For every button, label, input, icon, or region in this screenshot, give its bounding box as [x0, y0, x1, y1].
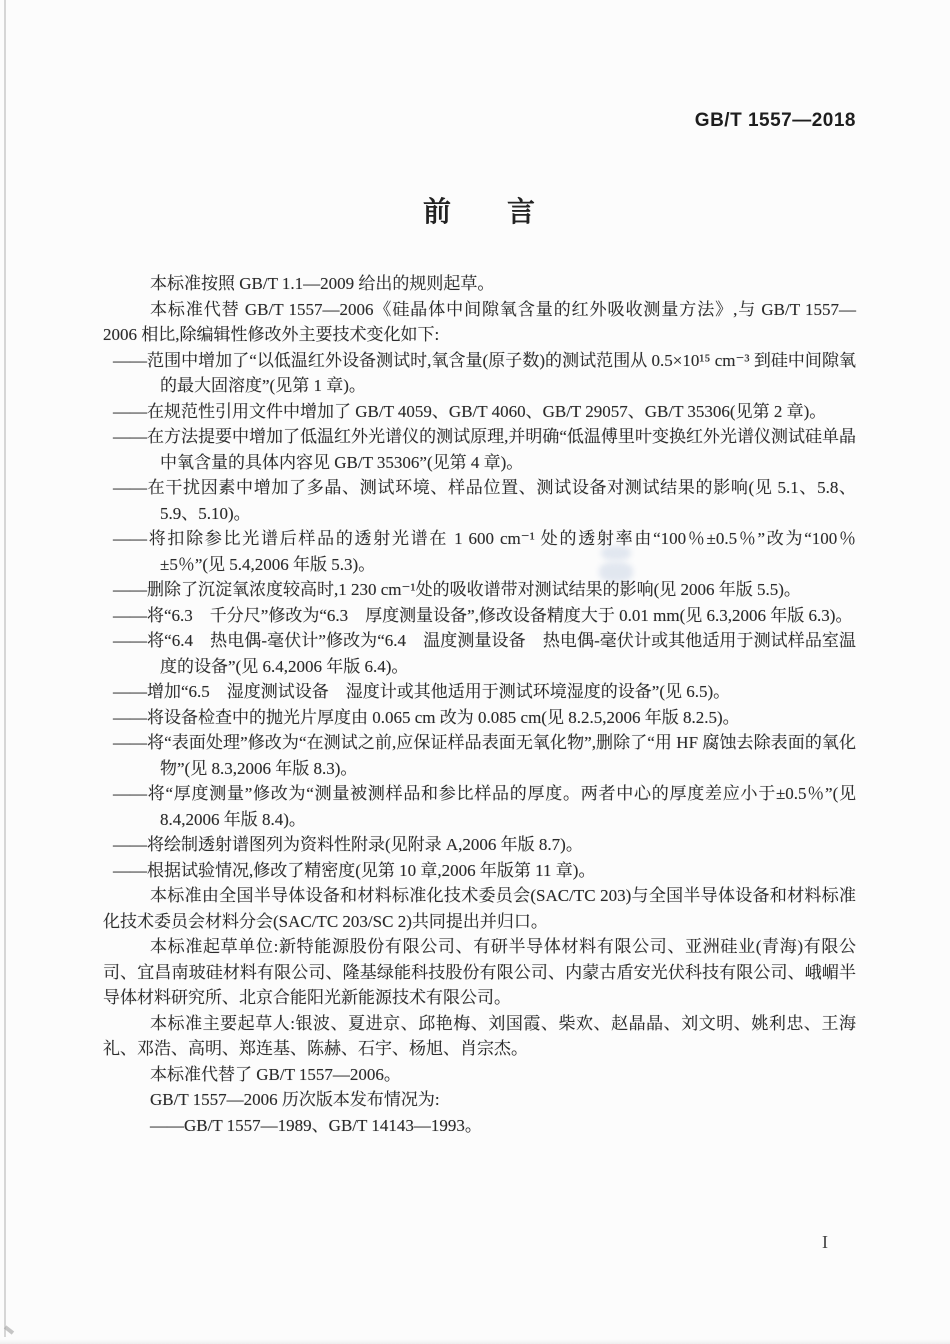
- foreword-paragraph: ——将“6.4 热电偶-毫伏计”修改为“6.4 温度测量设备 热电偶-毫伏计或其…: [103, 628, 856, 679]
- document-page: GB/T 1557—2018 前 言 本标准按照 GB/T 1.1—2009 给…: [0, 0, 950, 1344]
- foreword-paragraph: ——将绘制透射谱图列为资料性附录(见附录 A,2006 年版 8.7)。: [103, 832, 856, 858]
- foreword-paragraph: ——将“6.3 千分尺”修改为“6.3 厚度测量设备”,修改设备精度大于 0.0…: [103, 603, 856, 629]
- foreword-paragraph: 本标准由全国半导体设备和材料标准化技术委员会(SAC/TC 203)与全国半导体…: [103, 883, 856, 934]
- foreword-paragraph: 本标准起草单位:新特能源股份有限公司、有研半导体材料有限公司、亚洲硅业(青海)有…: [103, 934, 856, 1011]
- foreword-paragraph: GB/T 1557—2006 历次版本发布情况为:: [103, 1087, 856, 1113]
- foreword-paragraph: ——在方法提要中增加了低温红外光谱仪的测试原理,并明确“低温傅里叶变换红外光谱仪…: [103, 424, 856, 475]
- foreword-paragraph: ——删除了沉淀氧浓度较高时,1 230 cm⁻¹处的吸收谱带对测试结果的影响(见…: [103, 577, 856, 603]
- foreword-paragraph: ——在干扰因素中增加了多晶、测试环境、样品位置、测试设备对测试结果的影响(见 5…: [103, 475, 856, 526]
- foreword-paragraph: ——将扣除参比光谱后样品的透射光谱在 1 600 cm⁻¹ 处的透射率由“100…: [103, 526, 856, 577]
- foreword-paragraph: ——根据试验情况,修改了精密度(见第 10 章,2006 年版第 11 章)。: [103, 858, 856, 884]
- foreword-paragraph: ——GB/T 1557—1989、GB/T 14143—1993。: [103, 1113, 856, 1139]
- foreword-paragraph: 本标准代替 GB/T 1557—2006《硅晶体中间隙氧含量的红外吸收测量方法》…: [103, 297, 856, 348]
- foreword-paragraph: ——增加“6.5 湿度测试设备 湿度计或其他适用于测试环境湿度的设备”(见 6.…: [103, 679, 856, 705]
- scan-bottom-shade: [0, 1339, 950, 1344]
- scan-edge-line: [4, 0, 6, 1337]
- foreword-paragraph: 本标准按照 GB/T 1.1—2009 给出的规则起草。: [103, 271, 856, 297]
- page-number: I: [822, 1232, 828, 1253]
- foreword-paragraph: ——范围中增加了“以低温红外设备测试时,氧含量(原子数)的测试范围从 0.5×1…: [103, 348, 856, 399]
- foreword-paragraph: 本标准代替了 GB/T 1557—2006。: [103, 1062, 856, 1088]
- foreword-paragraph: ——将设备检查中的抛光片厚度由 0.065 cm 改为 0.085 cm(见 8…: [103, 705, 856, 731]
- page-title: 前 言: [103, 190, 855, 230]
- foreword-paragraph: ——将“厚度测量”修改为“测量被测样品和参比样品的厚度。两者中心的厚度差应小于±…: [103, 781, 856, 832]
- foreword-paragraph: ——在规范性引用文件中增加了 GB/T 4059、GB/T 4060、GB/T …: [103, 399, 856, 425]
- foreword-body: 本标准按照 GB/T 1.1—2009 给出的规则起草。本标准代替 GB/T 1…: [103, 271, 856, 1138]
- foreword-paragraph: ——将“表面处理”修改为“在测试之前,应保证样品表面无氧化物”,删除了“用 HF…: [103, 730, 856, 781]
- standard-number-header: GB/T 1557—2018: [0, 110, 856, 132]
- foreword-paragraph: 本标准主要起草人:银波、夏进京、邱艳梅、刘国霞、柴欢、赵晶晶、刘文明、姚利忠、王…: [103, 1011, 856, 1062]
